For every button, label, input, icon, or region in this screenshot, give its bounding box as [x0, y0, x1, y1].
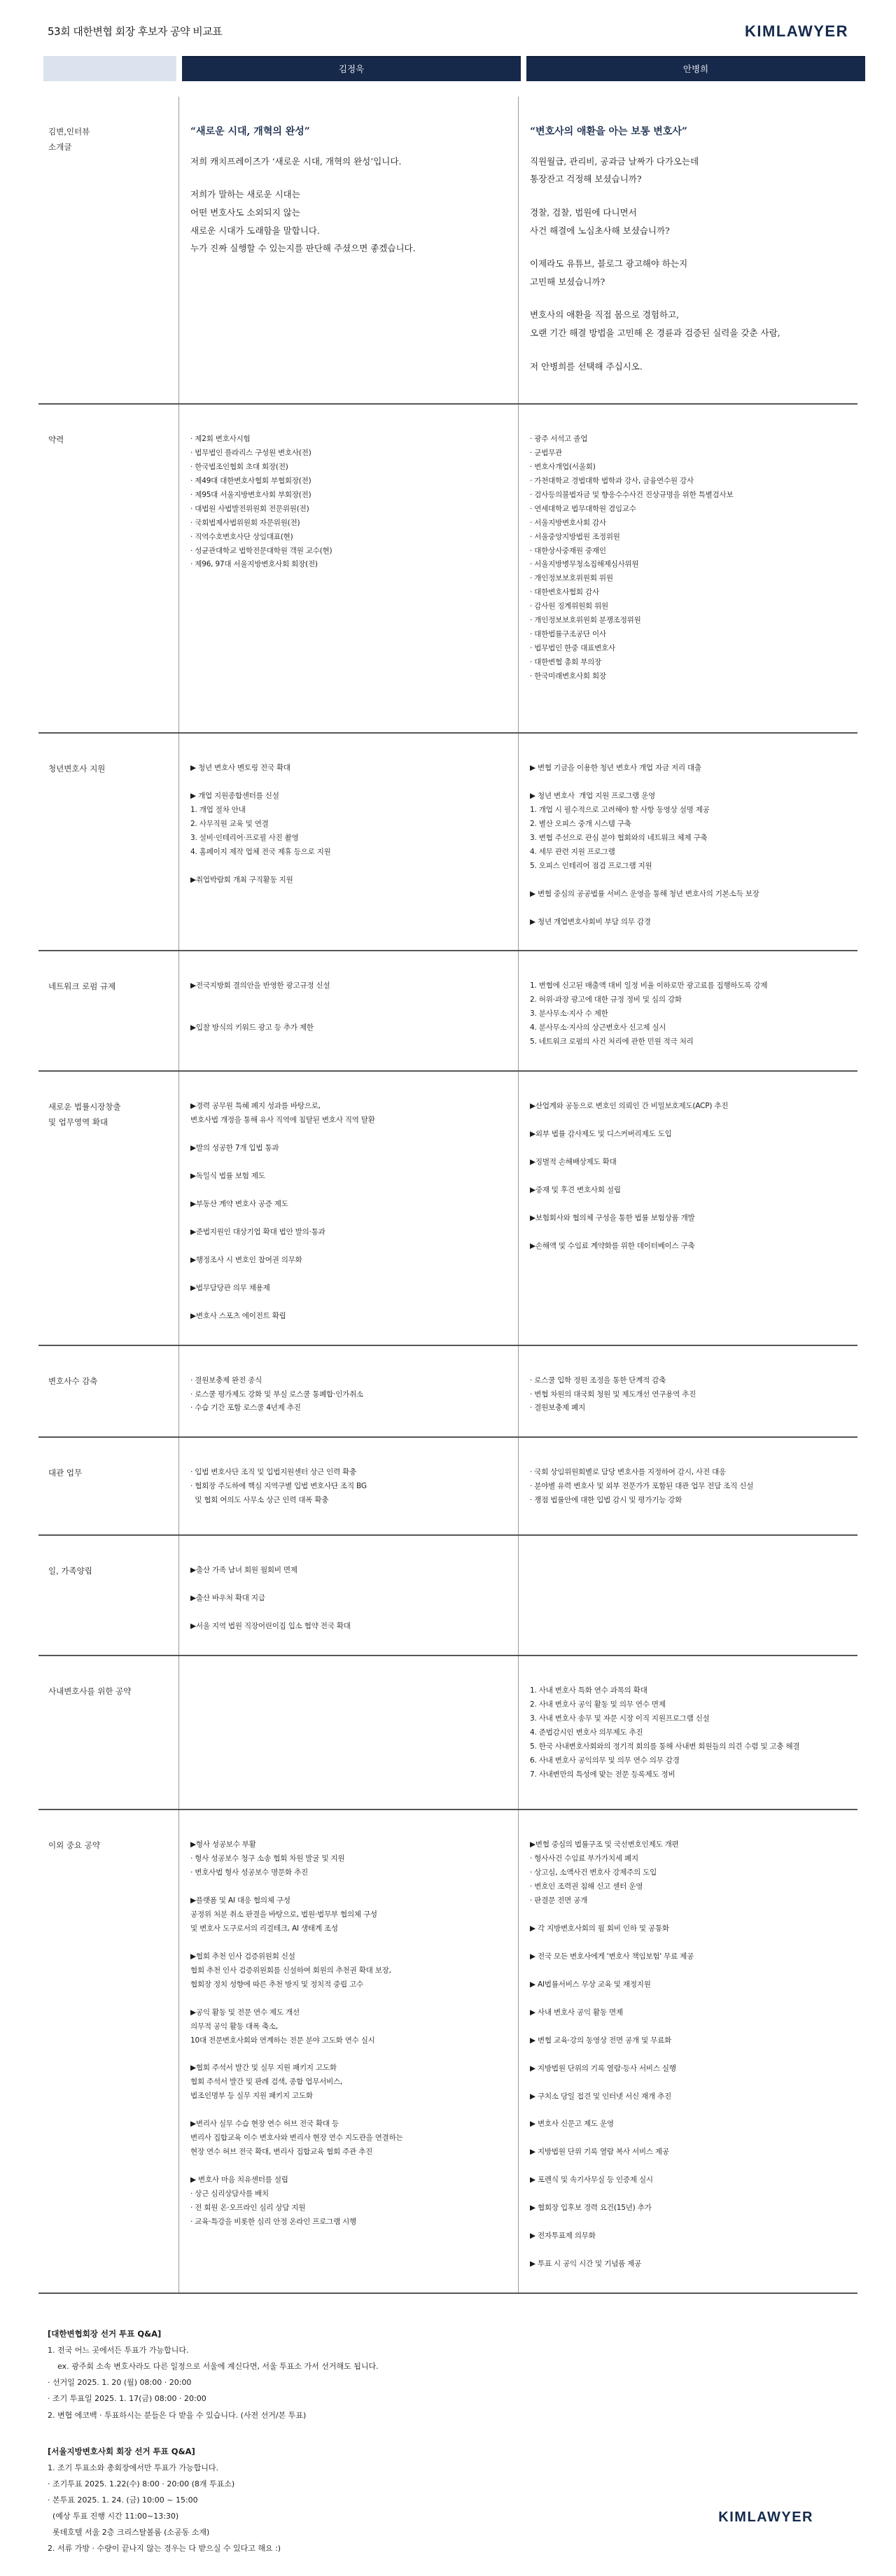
list-item: · 제95대 서울지방변호사회 부회장(전): [190, 489, 507, 503]
row-label: 청년변호사 지원: [38, 734, 178, 950]
list-item: ▶ 전자투표제 의무화: [530, 2229, 846, 2243]
list-item: ▶전국지방회 결의안을 반영한 광고규정 신설: [190, 979, 507, 993]
row-label-text: 대관 업무: [48, 1466, 167, 1481]
spacer: [530, 2103, 846, 2117]
list-item: ▶ AI법률서비스 무상 교육 및 재정지원: [530, 1978, 846, 1992]
spacer: [190, 2047, 507, 2061]
intro-text: 저희가 말하는 새로운 시대는: [190, 185, 507, 204]
list-item: ▶법무담당관 의무 채용제: [190, 1282, 507, 1296]
table-row-network-firm: 네트워크 로펌 규제▶전국지방회 결의안을 반영한 광고규정 신설▶입찰 방식의…: [38, 951, 857, 1072]
list-item: · 대한법률구조공단 이사: [530, 628, 846, 642]
list-item: ▶변협 중심의 법률구조 및 국선변호인제도 개편: [530, 1838, 846, 1852]
list-item: 1. 변협에 신고된 매출액 대비 일정 비율 이하로만 광고료를 집행하도록 …: [530, 979, 846, 993]
list-item: ▶협회 주석서 발간 및 실무 지원 패키지 고도화: [190, 2061, 507, 2075]
cell-candidate-1: · 제2회 변호사시험· 법무법인 플라리스 구성원 변호사(전)· 한국법조인…: [178, 405, 518, 732]
spacer: [190, 1992, 507, 2006]
list-item: · 협회장 주도하에 핵심 지역구별 입법 변호사단 조직 BG: [190, 1480, 507, 1494]
slogan: “변호사의 애환을 아는 보통 변호사”: [530, 125, 846, 140]
list-item: ▶준법지원인 대상기업 확대 법안 발의·통과: [190, 1226, 507, 1240]
list-item: · 변호사법 형사 성공보수 명문화 추진: [190, 1866, 507, 1880]
list-item: 및 변호사 도구로서의 리걸테크, AI 생태계 조성: [190, 1922, 507, 1936]
list-item: · 대한변호사협회 감사: [530, 586, 846, 600]
list-item: 의무적 공익 활동 대폭 축소,: [190, 2020, 507, 2034]
table-row-external-affairs: 대관 업무· 입법 변호사단 조직 및 입법지원센터 상근 인력 확충· 협회장…: [38, 1438, 857, 1536]
intro-text: 누가 진짜 실행할 수 있는지를 판단해 주셨으면 좋겠습니다.: [190, 239, 507, 258]
row-label-text: 청년변호사 지원: [48, 762, 167, 777]
list-item: · 로스쿨 입학 정원 조정을 통한 단계적 감축: [530, 1374, 846, 1388]
list-item: ▶변호사 스포츠 에이전트 확립: [190, 1310, 507, 1324]
row-label-text: 네트워크 로펌 규제: [48, 979, 167, 995]
spacer: [530, 1142, 846, 1156]
list-item: 3. 분사무소·지사 수 제한: [530, 1007, 846, 1021]
spacer: [530, 2131, 846, 2145]
spacer: [190, 1268, 507, 1282]
list-item: · 대법원 사법발전위원회 전문위원(전): [190, 503, 507, 517]
cell-candidate-2: · 국회 상임위원회별로 담당 변호사를 지정하여 감시, 사전 대응· 분야별…: [518, 1438, 857, 1534]
intro-text: 오랜 기간 해결 방법을 고민해 온 경륜과 검증된 실력을 갖춘 사람,: [530, 324, 846, 342]
cell-candidate-1: ▶경력 공무원 특혜 폐지 성과를 바탕으로,변호사법 개정을 통해 유사 직역…: [178, 1072, 518, 1344]
list-item: 4. 세무 관련 지원 프로그램: [530, 846, 846, 860]
cell-candidate-1: · 결원보충제 완전 종식· 로스쿨 평가제도 강화 및 부실 로스쿨 통폐합·…: [178, 1346, 518, 1437]
list-item: 2. 사무직원 교육 및 연결: [190, 818, 507, 832]
cell-candidate-2: ▶변협 중심의 법률구조 및 국선변호인제도 개편· 형사사건 수임료 부가가치…: [518, 1810, 857, 2292]
row-label-text: 소개글: [48, 140, 167, 155]
list-item: 1. 개업 절차 안내: [190, 804, 507, 818]
row-label-text: 약력: [48, 433, 167, 448]
column-header-candidate-1: 김정욱: [182, 56, 521, 81]
spacer: [190, 1212, 507, 1226]
list-item: 2. 별산 오피스 중개 시스템 구축: [530, 818, 846, 832]
row-label: 이외 중요 공약: [38, 1810, 178, 2292]
comparison-table: 김변,인터뷰소개글“새로운 시대, 개혁의 완성”저희 캐치프레이즈가 ‘새로운…: [0, 97, 896, 2294]
spacer: [530, 1908, 846, 1922]
list-item: 7. 사내변만의 특성에 맞는 전문 등록제도 정비: [530, 1768, 846, 1782]
list-item: 5. 오피스 인테리어 점검 프로그램 지원: [530, 860, 846, 874]
intro-text: 경찰, 검찰, 법원에 다니면서: [530, 204, 846, 222]
cell-candidate-1: ▶형사 성공보수 부활· 형사 성공보수 청구 소송 협회 차원 발굴 및 지원…: [178, 1810, 518, 2292]
list-item: ▶ 변협 기금을 이용한 청년 변호사 개업 자금 저리 대출: [530, 762, 846, 776]
list-item: · 국회법제사법위원회 자문위원(전): [190, 517, 507, 531]
list-item: · 군법무관: [530, 447, 846, 461]
row-label: 약력: [38, 405, 178, 732]
list-item: ▶ 변협 교육·강의 동영상 전면 공개 및 무료화: [530, 2034, 846, 2048]
list-item: · 법무법인 한중 대표변호사: [530, 642, 846, 656]
list-item: · 서울중앙지방법원 조정위원: [530, 531, 846, 545]
list-item: · 제2회 변호사시험: [190, 433, 507, 447]
list-item: ▶ 변호사 신문고 제도 운영: [530, 2117, 846, 2131]
list-item: ▶중재 및 후견 변호사회 설립: [530, 1184, 846, 1198]
row-label-text: 새로운 법률시장창출: [48, 1100, 167, 1115]
spacer: [530, 902, 846, 916]
list-item: ▶경력 공무원 특혜 폐지 성과를 바탕으로,: [190, 1100, 507, 1114]
comparison-page: 53회 대한변협 회장 후보자 공약 비교표 KIMLAWYER 김정욱 안병희…: [0, 0, 896, 2556]
list-item: ▶출산 바우처 확대 지급: [190, 1592, 507, 1606]
list-item: · 형사 성공보수 청구 소송 협회 차원 발굴 및 지원: [190, 1852, 507, 1866]
list-item: 2. 사내 변호사 공익 활동 및 의무 연수 면제: [530, 1698, 846, 1712]
cell-candidate-2: ▶ 변협 기금을 이용한 청년 변호사 개업 자금 저리 대출▶ 청년 변호사 …: [518, 734, 857, 950]
list-item: ▶징벌적 손해배상제도 확대: [530, 1156, 846, 1170]
cell-candidate-2: · 로스쿨 입학 정원 조정을 통한 단계적 감축· 변협 차원의 대국회 청원…: [518, 1346, 857, 1437]
list-item: ▶발의 성공한 7개 입법 통과: [190, 1142, 507, 1156]
qa-line: · 선거일 2025. 1. 20 (월) 08:00 · 20:00: [48, 2374, 896, 2390]
spacer: [530, 2048, 846, 2062]
list-item: ▶ 변호사 마음 치유센터를 설립: [190, 2173, 507, 2187]
spacer: [530, 2187, 846, 2201]
list-item: · 제96, 97대 서울지방변호사회 회장(전): [190, 558, 507, 572]
table-row-in-house: 사내변호사를 위한 공약1. 사내 변호사 특화 연수 과목의 확대2. 사내 …: [38, 1656, 857, 1810]
list-item: · 한국미래변호사회 회장: [530, 670, 846, 684]
list-item: · 가천대학교 경법대학 법학과 강사, 금융연수원 강사: [530, 475, 846, 489]
list-item: 1. 개업 시 필수적으로 고려해야 할 사항 동영상 설명 제공: [530, 804, 846, 818]
spacer: [190, 1606, 507, 1620]
spacer: [530, 239, 846, 255]
list-item: ▶외부 법률 감사제도 및 디스커버리제도 도입: [530, 1128, 846, 1142]
list-item: 6. 사내 변호사 공익의무 및 의무 연수 의무 감경: [530, 1754, 846, 1768]
spacer: [190, 2103, 507, 2117]
row-label-text: 김변,인터뷰: [48, 125, 167, 140]
list-item: 5. 네트워크 로펌의 사건 처리에 관한 민원 적극 처리: [530, 1035, 846, 1049]
list-item: · 서울지방병무청소집해제심사위원: [530, 558, 846, 572]
spacer: [530, 1936, 846, 1950]
cell-candidate-2: 1. 사내 변호사 특화 연수 과목의 확대2. 사내 변호사 공익 활동 및 …: [518, 1656, 857, 1809]
list-item: 현장 연수 허브 전국 확대, 변리사 집합교육 협회 주관 추진: [190, 2145, 507, 2159]
row-label-text: 및 업무영역 확대: [48, 1115, 167, 1130]
list-item: 협회장 정치 성향에 따른 추천 방지 및 정치적 중립 고수: [190, 1978, 507, 1992]
qa-line: 1. 전국 어느 곳에서든 투표가 가능합니다.: [48, 2342, 896, 2358]
list-item: · 형사사건 수임료 부가가치세 폐지: [530, 1852, 846, 1866]
spacer: [190, 1296, 507, 1310]
list-item: ▶ 포렌식 및 속기사무실 등 인증제 실시: [530, 2173, 846, 2187]
spacer: [530, 2243, 846, 2257]
qa-line: 2. 변협 에코백 · 투표하시는 분들은 다 받을 수 있습니다. (사전 선…: [48, 2407, 896, 2423]
spacer: [190, 1936, 507, 1950]
list-item: · 상근 심리상담사를 배치: [190, 2187, 507, 2201]
list-item: · 법무법인 플라리스 구성원 변호사(전): [190, 447, 507, 461]
intro-text: 저 안병희를 선택해 주십시오.: [530, 358, 846, 376]
list-item: ▶ 투표 시 공익 시간 및 기념품 제공: [530, 2257, 846, 2271]
list-item: ▶공익 활동 및 전문 연수 제도 개선: [190, 2006, 507, 2020]
list-item: ▶ 구치소 당일 접견 및 인터넷 서신 재개 추진: [530, 2090, 846, 2104]
list-item: ▶보험회사와 협의체 구성을 통한 법률 보험상품 개발: [530, 1212, 846, 1226]
list-item: · 결원보충제 폐지: [530, 1401, 846, 1415]
spacer: [190, 1007, 507, 1021]
list-item: ▶ 사내 변호사 공익 활동 면제: [530, 2006, 846, 2020]
spacer: [190, 860, 507, 874]
cell-candidate-2: 1. 변협에 신고된 매출액 대비 일정 비율 이하로만 광고료를 집행하도록 …: [518, 951, 857, 1070]
list-item: · 한국법조인협회 초대 회장(전): [190, 461, 507, 475]
spacer: [190, 1240, 507, 1254]
spacer: [530, 1170, 846, 1184]
list-item: · 개인정보보호위원회 분쟁조정위원: [530, 614, 846, 628]
list-item: · 수습 기간 포함 로스쿨 4년제 추진: [190, 1401, 507, 1415]
cell-candidate-1: · 입법 변호사단 조직 및 입법지원센터 상근 인력 확충· 협회장 주도하에…: [178, 1438, 518, 1534]
list-item: ▶ 각 지방변호사회의 월 회비 인하 및 공통화: [530, 1922, 846, 1936]
spacer: [190, 2159, 507, 2173]
spacer: [190, 1128, 507, 1142]
spacer: [530, 874, 846, 888]
list-item: 3. 사내 변호사 송무 및 자문 시장 이직 지원프로그램 신설: [530, 1712, 846, 1726]
row-label: 변호사수 감축: [38, 1346, 178, 1437]
row-label: 네트워크 로펌 규제: [38, 951, 178, 1070]
list-item: ▶취업박람회 개최 구직활동 지원: [190, 874, 507, 888]
cell-candidate-2: [518, 1536, 857, 1655]
qa-title: [서울지방변호사회 회장 선거 투표 Q&A]: [48, 2443, 896, 2460]
list-item: · 변호인 조력권 침해 신고 센터 운영: [530, 1880, 846, 1894]
spacer: [530, 342, 846, 358]
list-item: · 검사등의불법자금 및 향응수수사건 진상규명을 위한 특별검사보: [530, 489, 846, 503]
list-item: · 제49대 대한변호사협회 부협회장(전): [190, 475, 507, 489]
list-item: · 분야별 유력 변호사 및 외부 전문가가 포함된 대관 업무 전담 조직 신…: [530, 1480, 846, 1494]
list-item: 법조인명부 등 실무 지원 패키지 고도화: [190, 2089, 507, 2103]
list-item: · 연세대학교 법무대학원 겸임교수: [530, 503, 846, 517]
cell-candidate-2: ▶산업계와 공동으로 변호인 의뢰인 간 비밀보호제도(ACP) 추진▶외부 법…: [518, 1072, 857, 1344]
spacer: [530, 2076, 846, 2090]
slogan: “새로운 시대, 개혁의 완성”: [190, 125, 507, 140]
spacer: [530, 2020, 846, 2034]
list-item: · 상고심, 소액사건 변호사 강제주의 도입: [530, 1866, 846, 1880]
list-item: ▶산업계와 공동으로 변호인 의뢰인 간 비밀보호제도(ACP) 추진: [530, 1100, 846, 1114]
list-item: ▶ 전국 모든 변호사에게 '변호사 책임보험' 무료 제공: [530, 1950, 846, 1964]
list-item: · 변호사개업(서울회): [530, 461, 846, 475]
table-row-other: 이외 중요 공약▶형사 성공보수 부활· 형사 성공보수 청구 소송 협회 차원…: [38, 1810, 857, 2294]
cell-candidate-1: ▶전국지방회 결의안을 반영한 광고규정 신설▶입찰 방식의 키워드 광고 등 …: [178, 951, 518, 1070]
qa-block: [서울지방변호사회 회장 선거 투표 Q&A]1. 조기 투표소와 총회장에서만…: [48, 2443, 896, 2557]
intro-text: 변호사의 애환을 직접 몸으로 경험하고,: [530, 306, 846, 324]
list-item: · 로스쿨 평가제도 강화 및 부실 로스쿨 통폐합·인가취소: [190, 1388, 507, 1402]
list-item: ▶행정조사 시 변호인 참여권 의무화: [190, 1254, 507, 1268]
list-item: ▶ 청년 변호사 멘토링 전국 확대: [190, 762, 507, 776]
intro-text: 어떤 변호사도 소외되지 않는: [190, 204, 507, 222]
list-item: · 개인정보보호위원회 위원: [530, 572, 846, 586]
cell-candidate-1: [178, 1656, 518, 1809]
list-item: ▶독일식 법률 보험 제도: [190, 1170, 507, 1184]
cell-candidate-1: ▶출산 가족 남녀 회원 월회비 면제▶출산 바우처 확대 지급▶서울 지역 법…: [178, 1536, 518, 1655]
list-item: 변리사 집합교육 이수 변호사와 변리사 현장 연수 지도관을 연결하는: [190, 2131, 507, 2145]
spacer: [190, 1880, 507, 1894]
qa-line: · 본투표 2025. 1. 24. (금) 10:00 ~ 15:00: [48, 2492, 896, 2508]
list-item: · 교육·특강을 비롯한 심리 안정 온라인 프로그램 시행: [190, 2215, 507, 2229]
cell-candidate-1: “새로운 시대, 개혁의 완성”저희 캐치프레이즈가 ‘새로운 시대, 개혁의 …: [178, 97, 518, 403]
spacer: [190, 1184, 507, 1198]
qa-title: [대한변협회장 선거 투표 Q&A]: [48, 2325, 896, 2342]
spacer: [530, 290, 846, 306]
list-item: ▶ 청년 개업변호사회비 부담 의무 감경: [530, 916, 846, 930]
qa-line: · 조기투표 2025. 1.22(수) 8:00 · 20:00 (8개 투표…: [48, 2476, 896, 2492]
list-item: · 변협 차원의 대국회 청원 및 제도개선 연구용역 추진: [530, 1388, 846, 1402]
list-item: · 감사원 징계위원회 위원: [530, 600, 846, 614]
list-item: · 쟁점 법률안에 대한 입법 감시 및 평가기능 강화: [530, 1494, 846, 1508]
list-item: ▶출산 가족 남녀 회원 월회비 면제: [190, 1564, 507, 1578]
list-item: ▶형사 성공보수 부활: [190, 1838, 507, 1852]
spacer: [530, 1964, 846, 1978]
top-header: 53회 대한변협 회장 후보자 공약 비교표 KIMLAWYER: [0, 0, 896, 56]
qa-line: ex. 광주회 소속 변호사라도 다른 일정으로 서울에 계신다면, 서울 투표…: [48, 2358, 896, 2374]
row-label: 사내변호사를 위한 공약: [38, 1656, 178, 1809]
row-label-text: 일, 가족양립: [48, 1564, 167, 1579]
spacer: [190, 776, 507, 790]
list-item: · 전 회원 온·오프라인 심리 상담 지원: [190, 2201, 507, 2215]
list-item: 4. 분사무소·지사의 상근변호사 신고제 실시: [530, 1021, 846, 1035]
list-item: ▶서울 지역 법원 직장어린이집 입소 협약 전국 확대: [190, 1620, 507, 1634]
list-item: 4. 홈페이지 제작 업체 전국 제휴 등으로 지원: [190, 846, 507, 860]
qa-line: 2. 서류 가방 · 수량이 끝나지 않는 경우는 다 받으실 수 있다고 해요…: [48, 2540, 896, 2556]
spacer: [190, 170, 507, 185]
list-item: ▶손해액 및 수임료 계약화를 위한 데이터베이스 구축: [530, 1240, 846, 1254]
list-item: ▶ 변협 중심의 공공법률 서비스 운영을 통해 청년 변호사의 기본소득 보장: [530, 888, 846, 902]
cell-candidate-2: “변호사의 애환을 아는 보통 변호사”직원월급, 관리비, 공과금 날짜가 다…: [518, 97, 857, 403]
cell-candidate-2: · 광주 서석고 졸업· 군법무관· 변호사개업(서울회)· 가천대학교 경법대…: [518, 405, 857, 732]
list-item: 2. 허위·과장 광고에 대한 규정 정비 및 심의 강화: [530, 993, 846, 1007]
row-label: 김변,인터뷰소개글: [38, 97, 178, 403]
list-item: · 입법 변호사단 조직 및 입법지원센터 상근 인력 확충: [190, 1466, 507, 1480]
spacer: [190, 1156, 507, 1170]
footer-brand-logo: KIMLAWYER: [718, 2507, 813, 2528]
spacer: [530, 1198, 846, 1212]
row-label: 대관 업무: [38, 1438, 178, 1534]
list-item: ▶변리사 실무 수습 현장 연수 허브 전국 확대 등: [190, 2117, 507, 2131]
list-item: ▶협회 추천 인사 검증위원회 신설: [190, 1950, 507, 1964]
list-item: 협회 추천 인사 검증위원회를 신설하여 회원의 추천권 확대 보장,: [190, 1964, 507, 1978]
list-item: · 성균관대학교 법학전문대학원 객원 교수(현): [190, 545, 507, 559]
list-item: · 대한변협 총회 부의장: [530, 656, 846, 670]
spacer: [190, 1578, 507, 1592]
table-row-work-family: 일, 가족양립▶출산 가족 남녀 회원 월회비 면제▶출산 바우처 확대 지급▶…: [38, 1536, 857, 1656]
list-item: · 결원보충제 완전 종식: [190, 1374, 507, 1388]
list-item: · 서울지방변호사회 감사: [530, 517, 846, 531]
list-item: 5. 한국 사내변호사회와의 정기적 회의를 통해 사내변 회원들의 의견 수렴…: [530, 1740, 846, 1754]
qa-line: · 조기 투표일 2025. 1. 17(금) 08:00 · 20:00: [48, 2390, 896, 2407]
spacer: [530, 1226, 846, 1240]
list-item: 4. 준법감시인 변호사 의무제도 추진: [530, 1726, 846, 1740]
list-item: 공정위 처분 취소 판결을 바탕으로, 법원·법무부 협의체 구성: [190, 1908, 507, 1922]
row-label: 새로운 법률시장창출및 업무영역 확대: [38, 1072, 178, 1344]
intro-text: 저희 캐치프레이즈가 ‘새로운 시대, 개혁의 완성’입니다.: [190, 153, 507, 171]
list-item: ▶ 개업 지원종합센터를 신설: [190, 790, 507, 804]
list-item: 변호사법 개정을 통해 유사 직역에 침탈된 변호사 직역 탈환: [190, 1114, 507, 1128]
row-label-text: 이외 중요 공약: [48, 1838, 167, 1854]
spacer: [190, 993, 507, 1007]
list-item: 협회 주석서 발간 및 판례 검색, 종합 업무서비스,: [190, 2075, 507, 2089]
list-item: 3. 변협 주선으로 관심 분야 협회와의 네트워크 체제 구축: [530, 832, 846, 846]
list-item: ▶입찰 방식의 키워드 광고 등 추가 제한: [190, 1021, 507, 1035]
list-item: ▶플랫폼 및 AI 대응 협의체 구성: [190, 1894, 507, 1908]
spacer: [530, 1992, 846, 2006]
list-item: ▶ 지방법원 단위 기록 열람 복사 서비스 제공: [530, 2145, 846, 2159]
list-item: ▶부동산 계약 변호사 공증 제도: [190, 1198, 507, 1212]
column-header-candidate-2: 안병희: [526, 56, 865, 81]
spacer: [530, 776, 846, 790]
cell-candidate-1: ▶ 청년 변호사 멘토링 전국 확대▶ 개업 지원종합센터를 신설1. 개업 절…: [178, 734, 518, 950]
column-header-row: 김정욱 안병희: [0, 56, 896, 84]
column-header-blank: [43, 56, 176, 81]
list-item: ▶ 청년 변호사 개업 지원 프로그램 운영: [530, 790, 846, 804]
row-label-text: 변호사수 감축: [48, 1374, 167, 1389]
list-item: · 대한상사중재원 중재인: [530, 545, 846, 559]
spacer: [530, 2215, 846, 2229]
row-label: 일, 가족양립: [38, 1536, 178, 1655]
table-row-career: 약력· 제2회 변호사시험· 법무법인 플라리스 구성원 변호사(전)· 한국법…: [38, 405, 857, 734]
brand-logo: KIMLAWYER: [745, 20, 848, 43]
table-row-new-market: 새로운 법률시장창출및 업무영역 확대▶경력 공무원 특혜 폐지 성과를 바탕으…: [38, 1072, 857, 1345]
list-item: 10대 전문변호사회와 연계하는 전문 분야 고도화 연수 실시: [190, 2034, 507, 2048]
list-item: · 국회 상임위원회별로 담당 변호사를 지정하여 감시, 사전 대응: [530, 1466, 846, 1480]
list-item: · 판결문 전면 공개: [530, 1894, 846, 1908]
intro-text: 통장잔고 걱정해 보셨습니까?: [530, 170, 846, 188]
intro-text: 직원월급, 관리비, 공과금 날짜가 다가오는데: [530, 153, 846, 171]
table-row-reduce-lawyers: 변호사수 감축· 결원보충제 완전 종식· 로스쿨 평가제도 강화 및 부실 로…: [38, 1346, 857, 1438]
table-row-intro: 김변,인터뷰소개글“새로운 시대, 개혁의 완성”저희 캐치프레이즈가 ‘새로운…: [38, 97, 857, 405]
qa-block: [대한변협회장 선거 투표 Q&A]1. 전국 어느 곳에서든 투표가 가능합니…: [48, 2325, 896, 2423]
spacer: [530, 2159, 846, 2173]
row-label-text: 사내변호사를 위한 공약: [48, 1684, 167, 1700]
list-item: 3. 설비·인테리어·프로필 사진 촬영: [190, 832, 507, 846]
spacer: [530, 1114, 846, 1128]
intro-text: 이제라도 유튜브, 블로그 광고해야 하는지: [530, 255, 846, 273]
list-item: ▶ 협회장 입후보 경력 요건(15년) 추가: [530, 2201, 846, 2215]
list-item: ▶ 지방법원 단위의 기록 열람·등사 서비스 실행: [530, 2062, 846, 2076]
intro-text: 새로운 시대가 도래함을 말합니다.: [190, 222, 507, 240]
intro-text: 사건 해결에 노심초사해 보셨습니까?: [530, 222, 846, 240]
qa-line: 1. 조기 투표소와 총회장에서만 투표가 가능합니다.: [48, 2460, 896, 2476]
list-item: · 직역수호변호사단 상임대표(현): [190, 531, 507, 545]
list-item: 및 협회 여의도 사무소 상근 인력 대폭 확충: [190, 1494, 507, 1508]
table-row-young-lawyers: 청년변호사 지원▶ 청년 변호사 멘토링 전국 확대▶ 개업 지원종합센터를 신…: [38, 734, 857, 951]
list-item: · 광주 서석고 졸업: [530, 433, 846, 447]
page-title: 53회 대한변협 회장 후보자 공약 비교표: [48, 24, 222, 40]
list-item: 1. 사내 변호사 특화 연수 과목의 확대: [530, 1684, 846, 1698]
intro-text: 고민해 보셨습니까?: [530, 273, 846, 291]
spacer: [530, 188, 846, 204]
